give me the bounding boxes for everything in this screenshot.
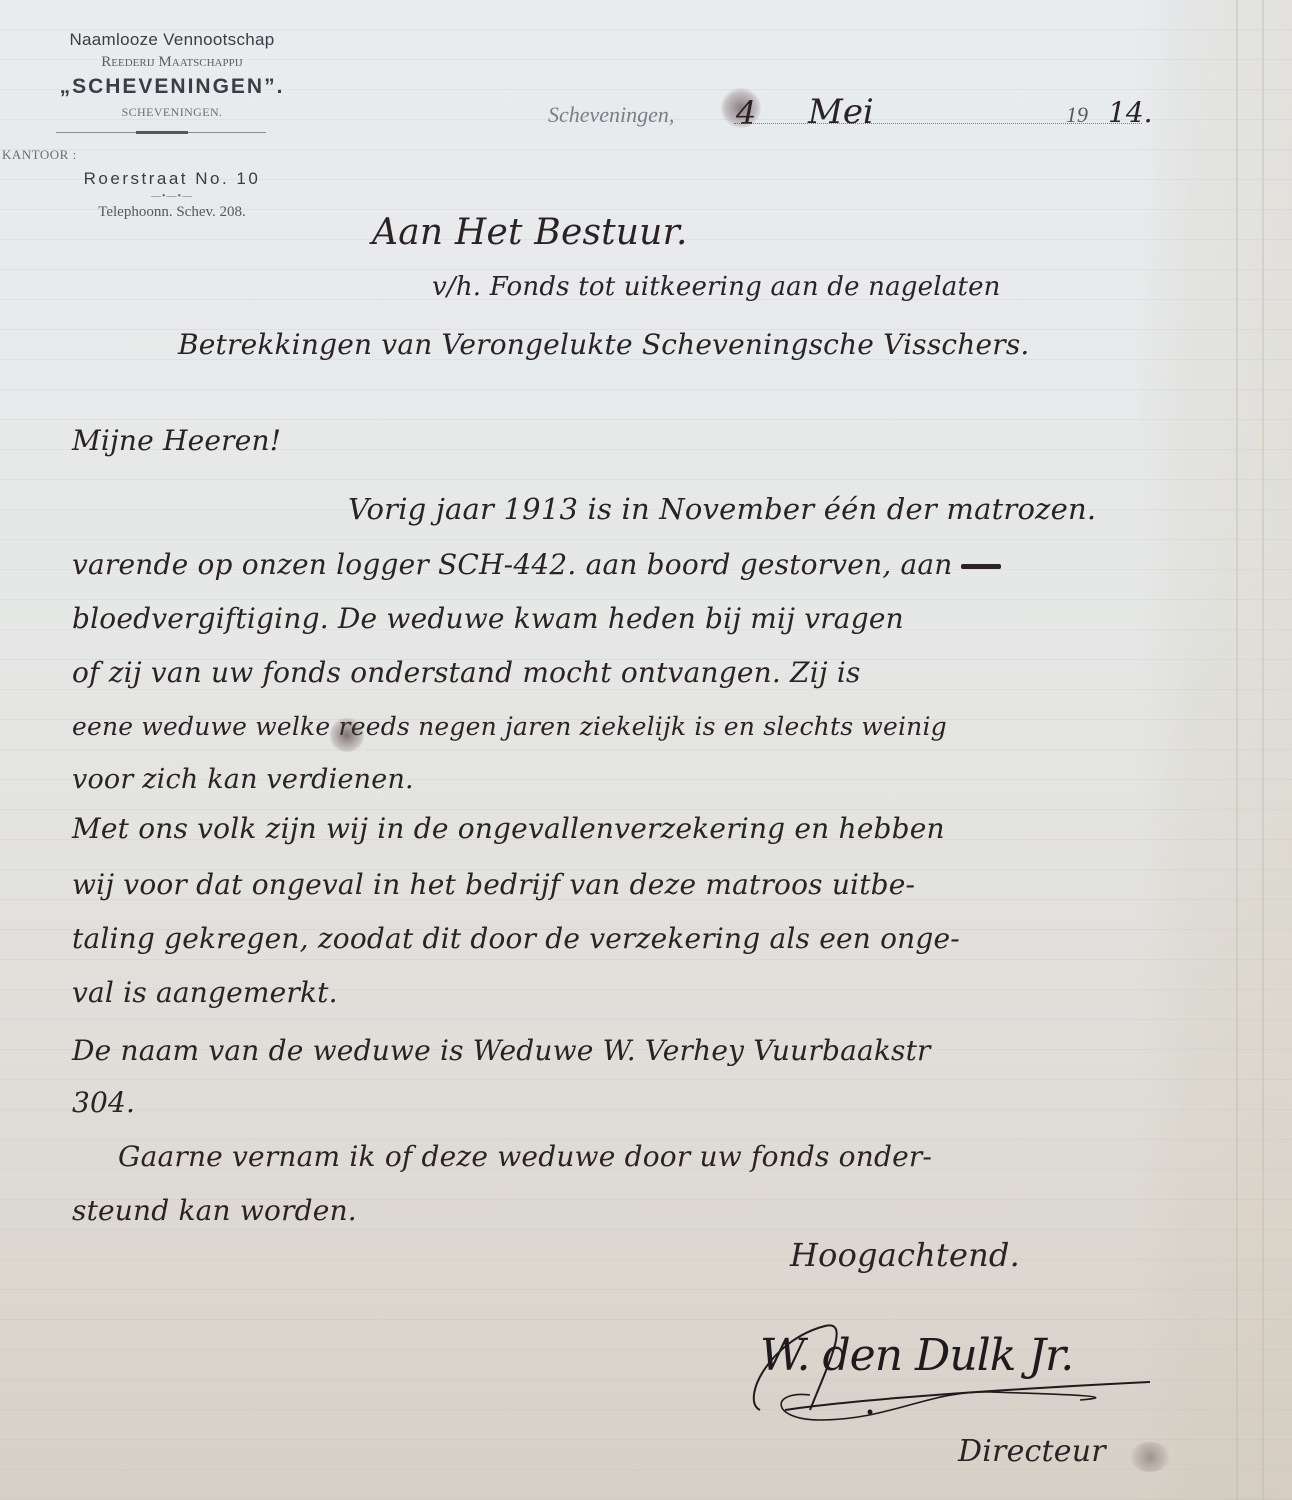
ink-stain: [330, 718, 364, 752]
body-line: eene weduwe welke reeds negen jaren ziek…: [72, 712, 947, 741]
signature-name: W. den Dulk Jr.: [760, 1330, 1073, 1381]
closing-greeting: Hoogachtend.: [790, 1236, 1020, 1274]
salutation: Mijne Heeren!: [72, 424, 281, 457]
addressee-line-1: Aan Het Bestuur.: [372, 212, 688, 253]
body-line: varende op onzen logger SCH-442. aan boo…: [72, 548, 1001, 581]
signature: W. den Dulk Jr.: [730, 1320, 1180, 1430]
office-label: KANTOOR :: [0, 147, 330, 163]
paper-fold-line: [1236, 0, 1238, 1500]
signatory-title: Directeur: [958, 1434, 1106, 1469]
company-name: „SCHEVENINGEN”.: [14, 75, 330, 99]
letterhead: Naamlooze Vennootschap Reederij Maatscha…: [0, 30, 330, 221]
body-line: 304.: [72, 1086, 135, 1119]
telephone-number: Telephoonn. Schev. 208.: [14, 204, 330, 221]
body-line: val is aangemerkt.: [72, 976, 338, 1009]
company-subtitle: Reederij Maatschappij: [14, 54, 330, 71]
dateline-year-printed: 19: [1066, 102, 1088, 128]
body-line: Vorig jaar 1913 is in November één der m…: [348, 492, 1096, 526]
body-line: voor zich kan verdienen.: [72, 764, 414, 795]
paper-fold-line: [1262, 0, 1264, 1500]
letter-paper: Naamlooze Vennootschap Reederij Maatscha…: [0, 0, 1292, 1500]
body-line: Met ons volk zijn wij in de ongevallenve…: [72, 812, 945, 845]
ink-smudge: [1130, 1442, 1170, 1472]
letterhead-divider: [56, 132, 266, 133]
dateline-year-written: 14.: [1108, 96, 1153, 129]
office-address: Roerstraat No. 10: [14, 169, 330, 189]
body-line: taling gekregen, zoodat dit door de verz…: [72, 922, 960, 955]
body-line: De naam van de weduwe is Weduwe W. Verhe…: [72, 1034, 931, 1067]
company-type: Naamlooze Vennootschap: [14, 30, 330, 50]
strikethrough-mark: [961, 564, 1001, 569]
ornament-divider: —•—•—: [14, 191, 330, 202]
addressee-line-2: v/h. Fonds tot uitkeering aan de nagelat…: [432, 272, 1001, 302]
body-line: steund kan worden.: [72, 1194, 357, 1227]
addressee-line-3: Betrekkingen van Verongelukte Schevening…: [178, 328, 1030, 361]
dateline-month: Mei: [808, 92, 874, 132]
dateline: Scheveningen, 4 Mei 19 14.: [548, 96, 1168, 136]
body-line-text: varende op onzen logger SCH-442. aan boo…: [72, 548, 953, 581]
body-line: Gaarne vernam ik of deze weduwe door uw …: [118, 1140, 932, 1173]
dateline-place: Scheveningen,: [548, 102, 674, 128]
body-line: of zij van uw fonds onderstand mocht ont…: [72, 656, 861, 689]
body-line: bloedvergiftiging. De weduwe kwam heden …: [72, 602, 904, 635]
company-city: SCHEVENINGEN.: [14, 105, 330, 120]
dateline-day: 4: [736, 94, 756, 132]
body-line: wij voor dat ongeval in het bedrijf van …: [72, 868, 915, 901]
